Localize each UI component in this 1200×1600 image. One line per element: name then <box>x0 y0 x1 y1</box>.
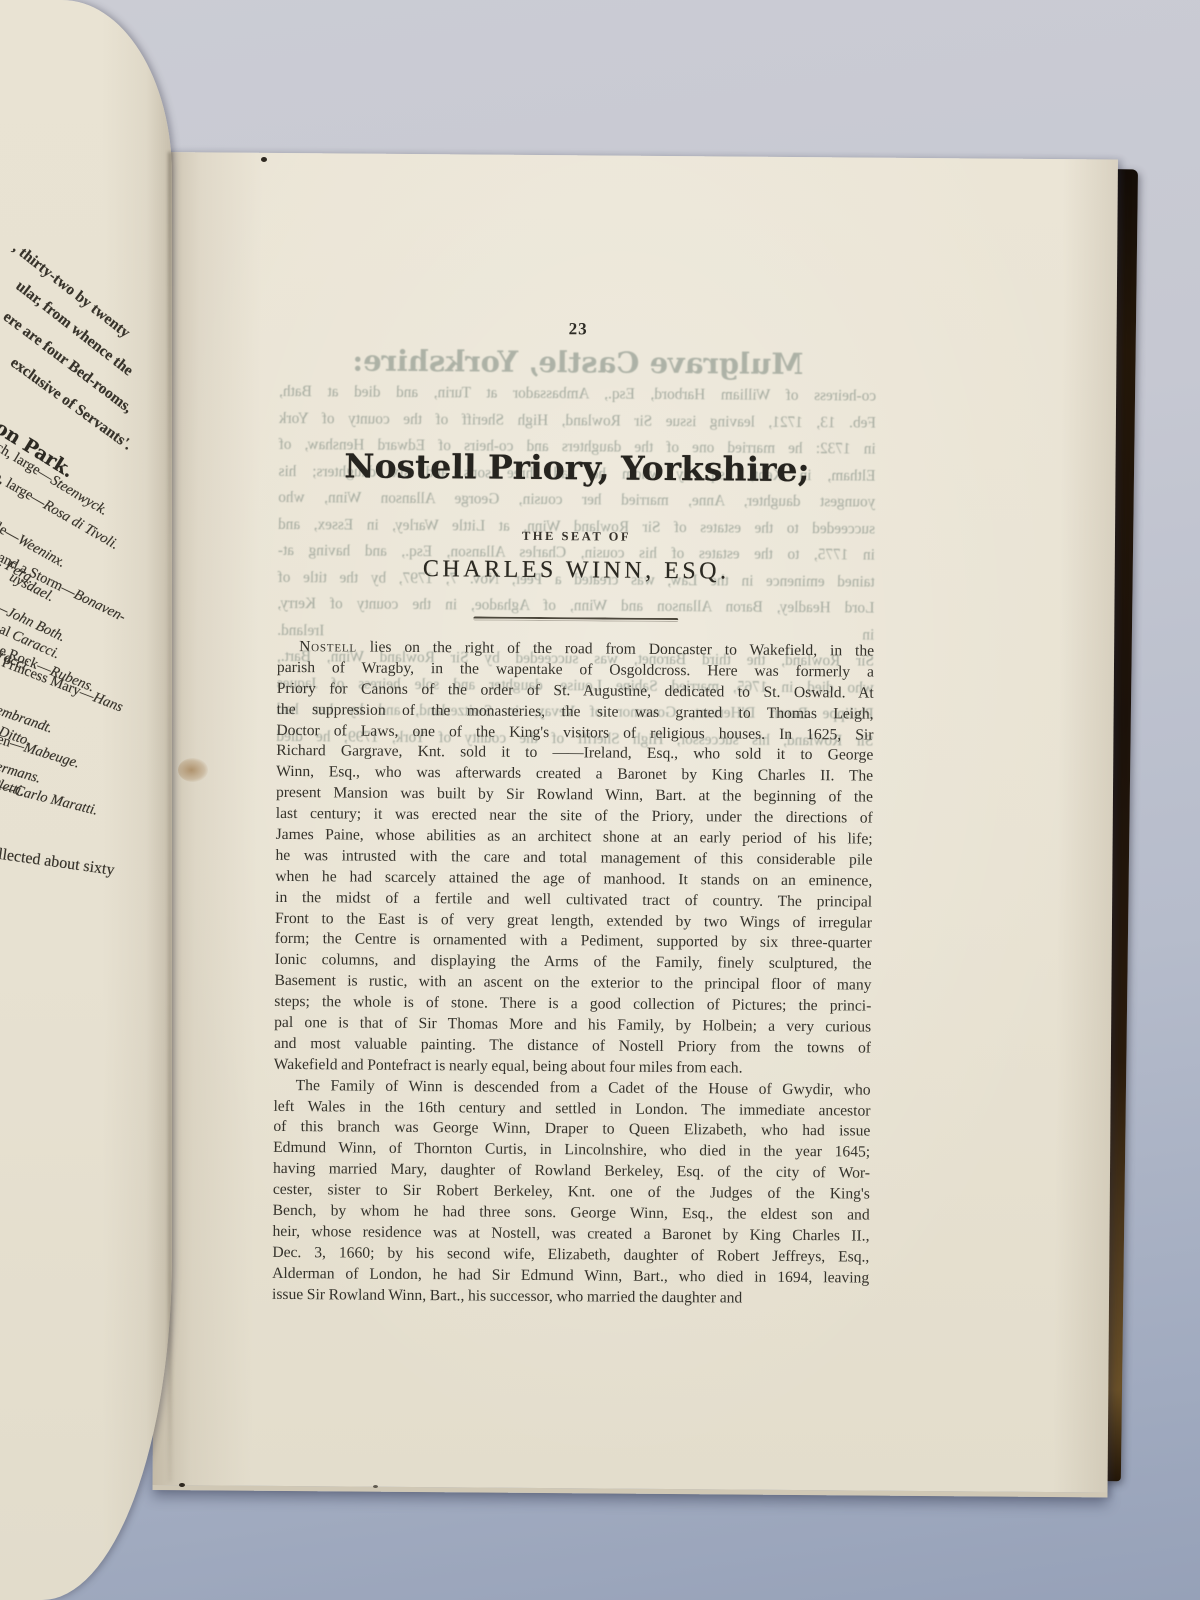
text-line: co-heiress of William Harbord, Esq., Amb… <box>279 379 876 410</box>
owner-name: CHARLES WINN, ESQ. <box>278 555 875 587</box>
left-page-text-fragment: all—Carlo Maratti. <box>0 776 99 820</box>
paper-speck <box>373 1485 378 1488</box>
book-photo: 23 Mulgrave Castle, Yorkshire: co-heires… <box>0 0 1200 1600</box>
body-text: Nostell lies on the right of the road fr… <box>272 637 874 1310</box>
paragraph-2: The Family of Winn is descended from a C… <box>272 1076 871 1310</box>
right-page-text-column: 23 Mulgrave Castle, Yorkshire: co-heires… <box>271 153 878 1491</box>
paper-speck <box>261 157 267 162</box>
paragraph-1: Nostell lies on the right of the road fr… <box>274 637 874 1080</box>
text-line: youngest daughter, Anne, married her cou… <box>278 485 875 516</box>
left-page: , thirty-two by twentyular, from whence … <box>0 0 172 1600</box>
bleed-through-title: Mulgrave Castle, Yorkshire: <box>279 343 876 382</box>
left-page-text-fragment: llected about sixty <box>0 846 115 880</box>
right-page: 23 Mulgrave Castle, Yorkshire: co-heires… <box>152 152 1117 1497</box>
page-number: 23 <box>280 317 877 342</box>
paper-speck <box>179 1483 185 1487</box>
page-gutter-shadow <box>168 152 172 1482</box>
page-title: Nostell Priory, Yorkshire; <box>278 446 875 490</box>
foxing-spot <box>178 758 208 782</box>
